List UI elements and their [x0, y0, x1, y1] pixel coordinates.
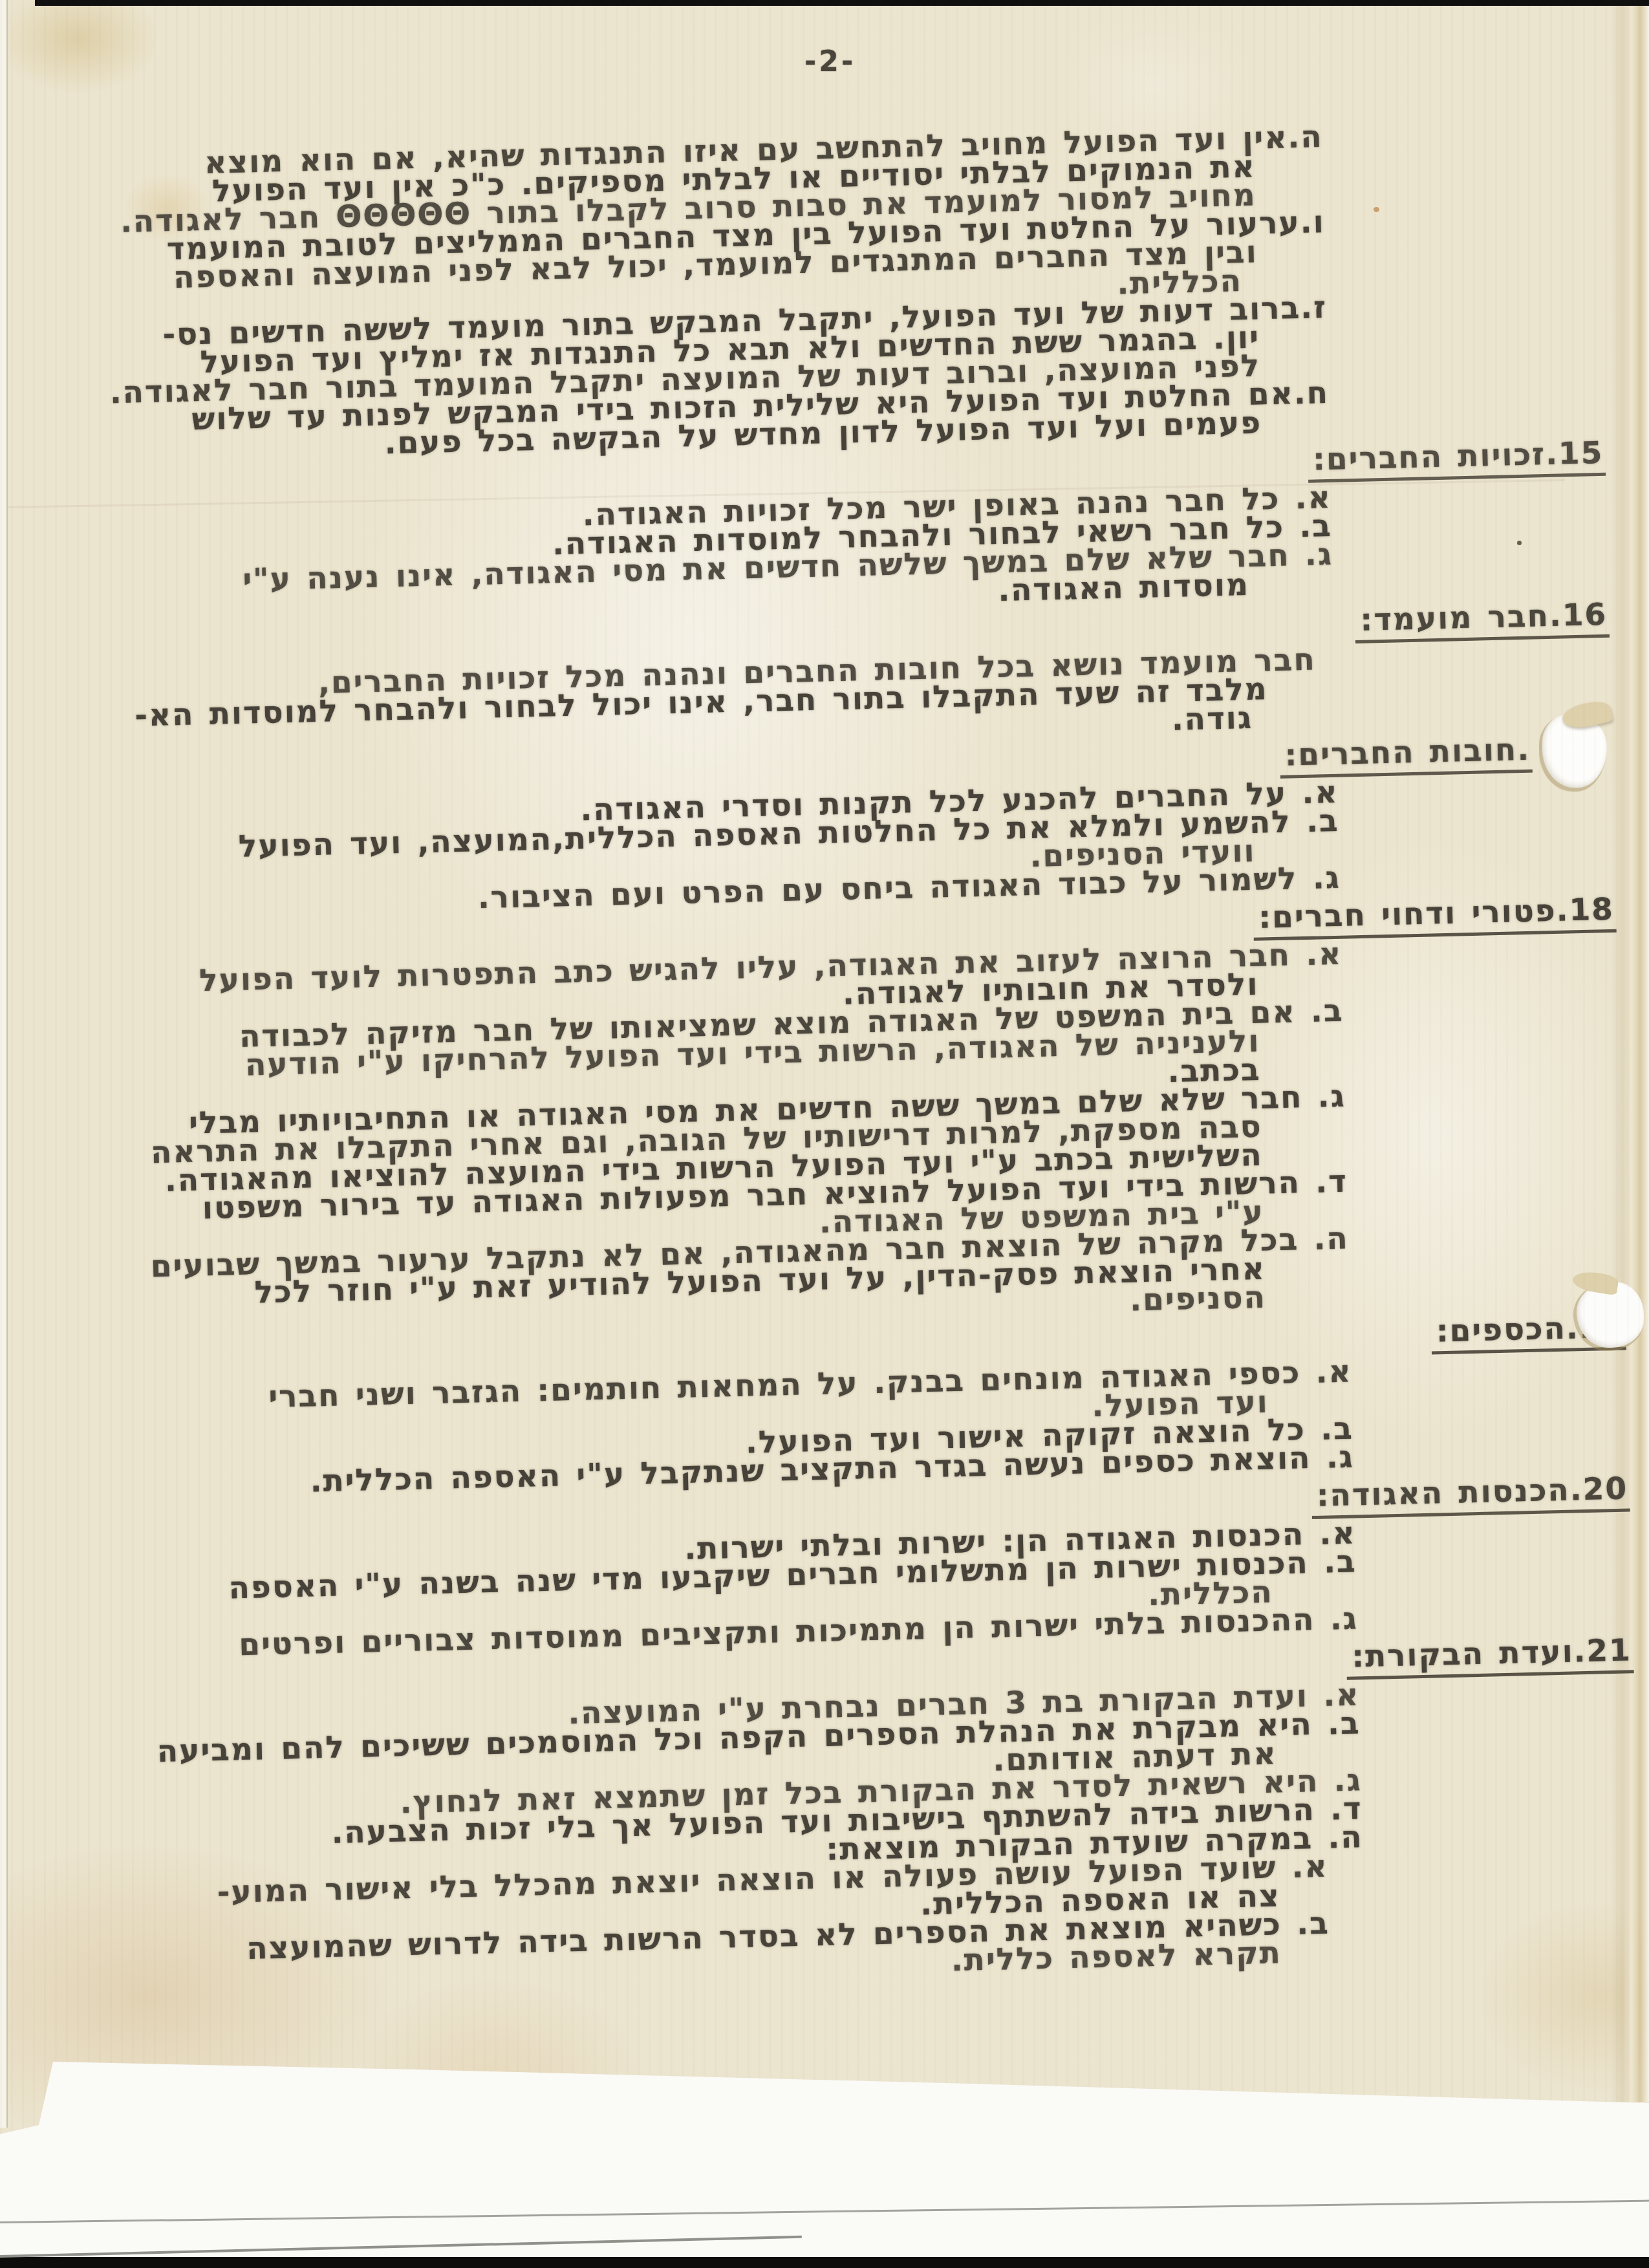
section-heading-text: 21.ועדת הבקורת:	[1346, 1636, 1634, 1679]
scanner-edge-top	[35, 0, 1649, 6]
paper-hole-edge	[1577, 1282, 1644, 1348]
document-text: ה.אין ועד הפועל מחויב להתחשב עם איזו התנ…	[72, 116, 1641, 1995]
paper: -2- ה.אין ועד הפועל מחויב להתחשב עם איזו…	[0, 0, 1649, 2147]
rust-fleck	[1374, 207, 1379, 212]
section-heading-text: .חובות החברים:	[1279, 736, 1533, 779]
left-scan-edge	[0, 0, 8, 2128]
section-heading-text: 20.הכנסות האגודה:	[1311, 1474, 1630, 1519]
section-heading-text: 15.זכויות החברים:	[1308, 439, 1606, 483]
sheet-edge-line	[0, 2199, 1649, 2224]
sheet-edge-line-2	[0, 2236, 802, 2258]
page-number: -2-	[804, 45, 856, 78]
scanned-page: -2- ה.אין ועד הפועל מחויב להתחשב עם איזו…	[0, 0, 1649, 2268]
section-heading-text: 18.פטורי ודחוי חברים:	[1253, 896, 1617, 941]
ink-dot	[1517, 541, 1522, 545]
document-lines: ה.אין ועד הפועל מחויב להתחשב עם איזו התנ…	[72, 116, 1641, 1995]
section-heading-text: 16.חבר מועמד:	[1355, 601, 1610, 643]
